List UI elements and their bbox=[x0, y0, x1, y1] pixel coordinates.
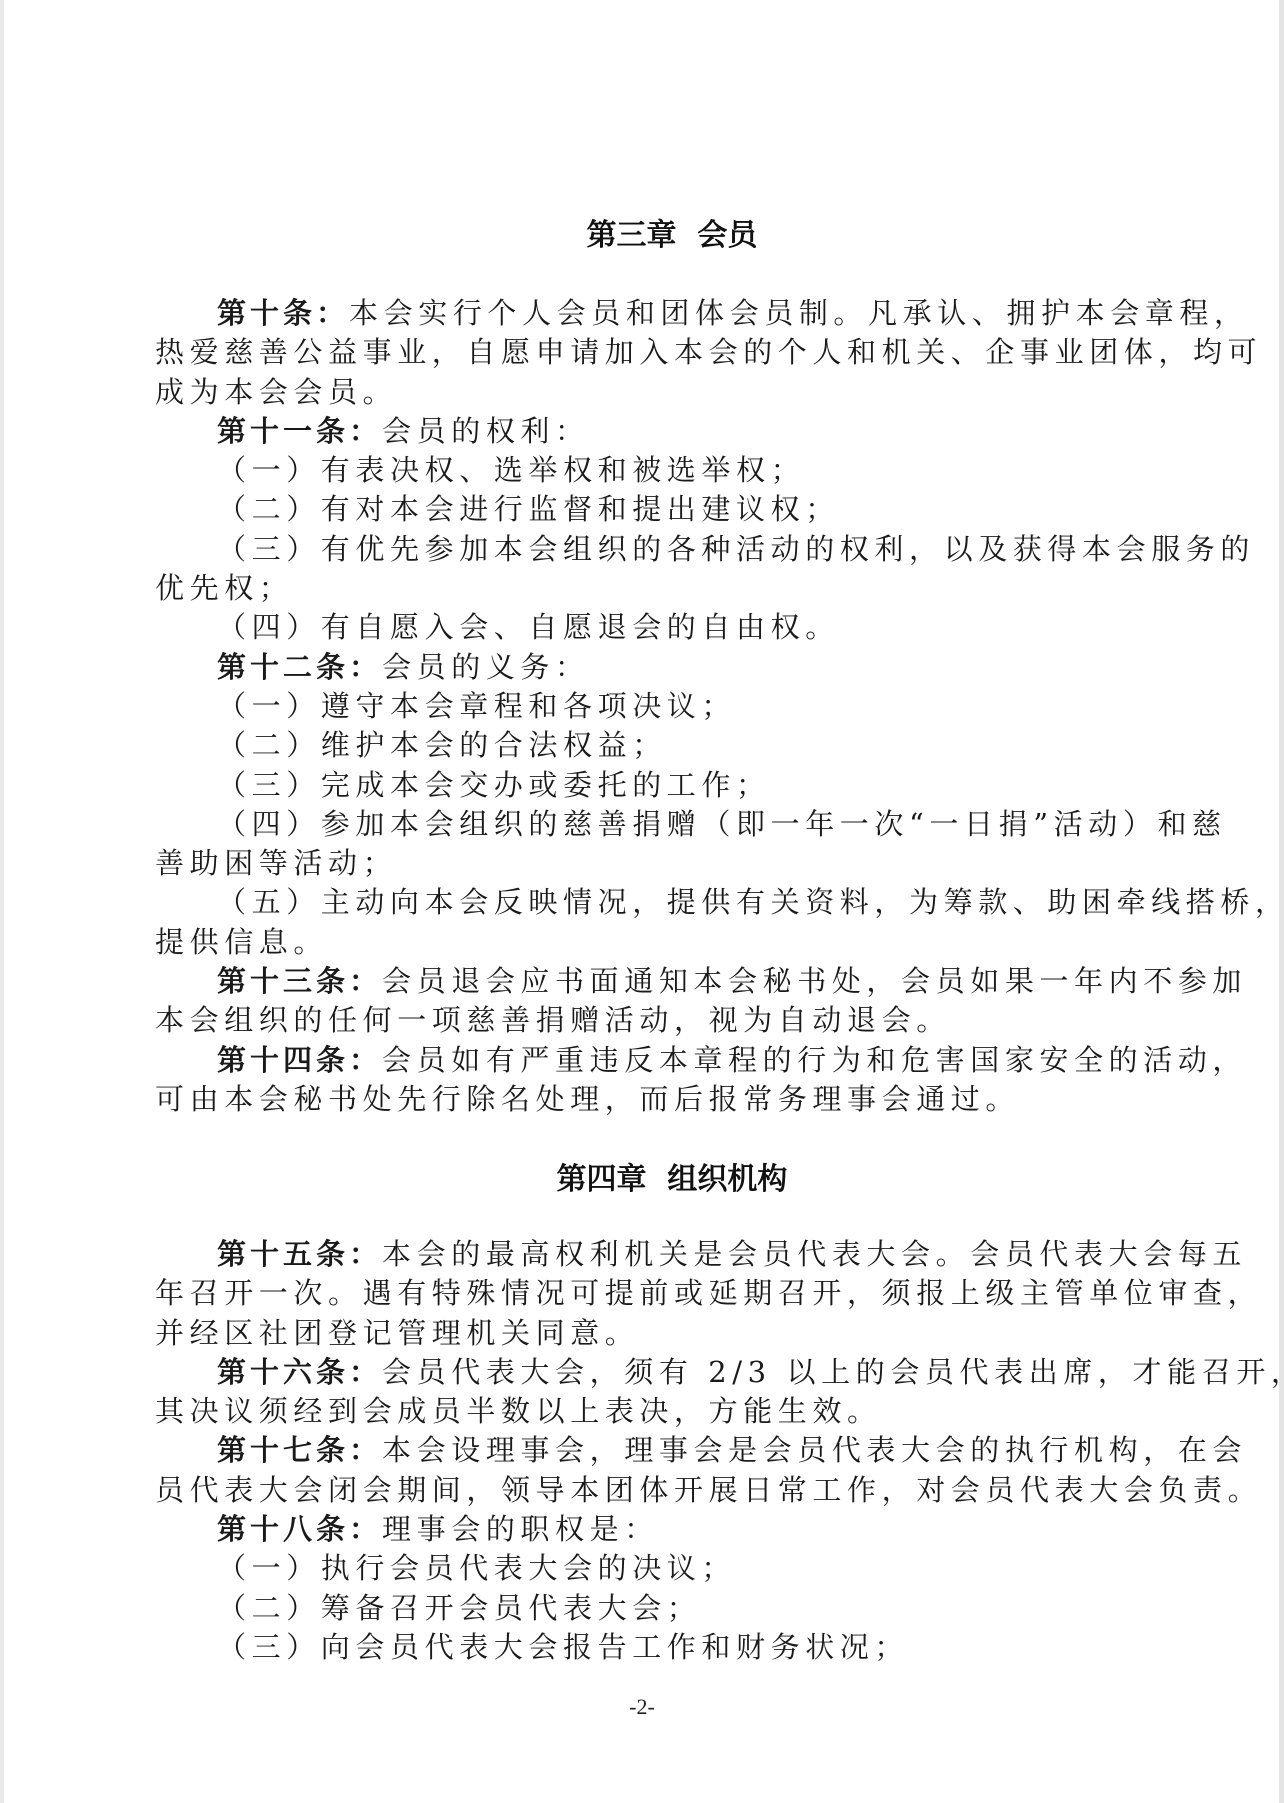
text-line: 员代表大会闭会期间，领导本团体开展日常工作，对会员代表大会负责。 bbox=[155, 1471, 1130, 1510]
article-line: 第十四条：会员如有严重违反本章程的行为和危害国家安全的活动， bbox=[155, 1041, 1130, 1080]
page-left-edge bbox=[0, 0, 4, 1803]
list-item-line: （三）完成本会交办或委托的工作； bbox=[155, 766, 1130, 805]
article-label: 第十七条： bbox=[217, 1433, 382, 1467]
article-text: 员代表大会闭会期间，领导本团体开展日常工作，对会员代表大会负责。 bbox=[155, 1473, 1262, 1507]
article-text: 会员的义务： bbox=[382, 650, 590, 684]
article-line: 第十条：本会实行个人会员和团体会员制。凡承认、拥护本会章程， bbox=[155, 294, 1130, 333]
article-text: （三）有优先参加本会组织的各种活动的权利，以及获得本会服务的 bbox=[217, 532, 1255, 566]
article-text: （二）维护本会的合法权益； bbox=[217, 728, 667, 762]
text-line: 其决议须经到会成员半数以上表决，方能生效。 bbox=[155, 1392, 1130, 1431]
article-text: 会员的权利： bbox=[382, 414, 590, 448]
article-line: 第十一条：会员的权利： bbox=[155, 412, 1130, 451]
article-label: 第十六条： bbox=[217, 1355, 382, 1389]
article-label: 第十五条： bbox=[217, 1237, 382, 1271]
article-text: 提供信息。 bbox=[155, 925, 328, 959]
chapter-3-title: 第三章 会员 bbox=[0, 216, 1284, 256]
text-line: 年召开一次。遇有特殊情况可提前或延期召开，须报上级主管单位审查， bbox=[155, 1274, 1130, 1313]
list-item-line: （四）有自愿入会、自愿退会的自由权。 bbox=[155, 608, 1130, 647]
list-item-line: （三）向会员代表大会报告工作和财务状况； bbox=[155, 1628, 1130, 1667]
text-line: 本会组织的任何一项慈善捐赠活动，视为自动退会。 bbox=[155, 1001, 1130, 1040]
article-label: 第十二条： bbox=[217, 650, 382, 684]
article-text: （四）有自愿入会、自愿退会的自由权。 bbox=[217, 610, 840, 644]
article-text: 本会组织的任何一项慈善捐赠活动，视为自动退会。 bbox=[155, 1003, 951, 1037]
article-text: 并经区社团登记管理机关同意。 bbox=[155, 1316, 639, 1350]
list-item-line: （一）遵守本会章程和各项决议； bbox=[155, 687, 1130, 726]
article-line: 第十二条：会员的义务： bbox=[155, 648, 1130, 687]
chapter-4-body: 第十五条：本会的最高权利机关是会员代表大会。会员代表大会每五年召开一次。遇有特殊… bbox=[155, 1235, 1130, 1667]
article-text: 会员如有严重违反本章程的行为和危害国家安全的活动， bbox=[382, 1043, 1247, 1077]
article-label: 第十条： bbox=[217, 296, 349, 330]
article-text: 本会的最高权利机关是会员代表大会。会员代表大会每五 bbox=[382, 1237, 1247, 1271]
article-line: 第十六条：会员代表大会，须有 2/3 以上的会员代表出席，才能召开， bbox=[155, 1353, 1130, 1392]
article-line: 第十七条：本会设理事会，理事会是会员代表大会的执行机构，在会 bbox=[155, 1431, 1130, 1470]
article-line: 第十三条：会员退会应书面通知本会秘书处，会员如果一年内不参加 bbox=[155, 962, 1130, 1001]
article-text: 会员退会应书面通知本会秘书处，会员如果一年内不参加 bbox=[382, 964, 1247, 998]
article-text: 可由本会秘书处先行除名处理，而后报常务理事会通过。 bbox=[155, 1082, 1020, 1116]
article-text: 热爱慈善公益事业，自愿申请加入本会的个人和机关、企事业团体，均可 bbox=[155, 335, 1262, 369]
text-line: 善助困等活动； bbox=[155, 844, 1130, 883]
article-text: （三）完成本会交办或委托的工作； bbox=[217, 768, 771, 802]
chapter-3-body: 第十条：本会实行个人会员和团体会员制。凡承认、拥护本会章程，热爱慈善公益事业，自… bbox=[155, 294, 1130, 1119]
article-text: 年召开一次。遇有特殊情况可提前或延期召开，须报上级主管单位审查， bbox=[155, 1276, 1262, 1310]
article-text: （三）向会员代表大会报告工作和财务状况； bbox=[217, 1630, 909, 1664]
article-text: （一）遵守本会章程和各项决议； bbox=[217, 689, 736, 723]
article-text: 理事会的职权是： bbox=[382, 1512, 659, 1546]
text-line: 可由本会秘书处先行除名处理，而后报常务理事会通过。 bbox=[155, 1080, 1130, 1119]
text-line: 提供信息。 bbox=[155, 923, 1130, 962]
article-label: 第十三条： bbox=[217, 964, 382, 998]
page-number: -2- bbox=[0, 1694, 1284, 1720]
list-item-line: （一）执行会员代表大会的决议； bbox=[155, 1549, 1130, 1588]
article-text: 优先权； bbox=[155, 571, 293, 605]
article-label: 第十一条： bbox=[217, 414, 382, 448]
text-line: 优先权； bbox=[155, 569, 1130, 608]
list-item-line: （二）筹备召开会员代表大会； bbox=[155, 1589, 1130, 1628]
article-text: 其决议须经到会成员半数以上表决，方能生效。 bbox=[155, 1394, 882, 1428]
list-item-line: （二）有对本会进行监督和提出建议权； bbox=[155, 490, 1130, 529]
article-text: （五）主动向本会反映情况，提供有关资料，为筹款、助困牵线搭桥， bbox=[217, 885, 1284, 919]
article-text: （一）有表决权、选举权和被选举权； bbox=[217, 453, 805, 487]
article-text: （四）参加本会组织的慈善捐赠（即一年一次“一日捐”活动）和慈 bbox=[217, 807, 1227, 841]
chapter-4-title: 第四章 组织机构 bbox=[0, 1160, 1284, 1200]
list-item-line: （五）主动向本会反映情况，提供有关资料，为筹款、助困牵线搭桥， bbox=[155, 883, 1130, 922]
article-text: （二）有对本会进行监督和提出建议权； bbox=[217, 492, 840, 526]
article-text: 本会设理事会，理事会是会员代表大会的执行机构，在会 bbox=[382, 1433, 1247, 1467]
article-text: 成为本会会员。 bbox=[155, 375, 397, 409]
list-item-line: （三）有优先参加本会组织的各种活动的权利，以及获得本会服务的 bbox=[155, 530, 1130, 569]
text-line: 成为本会会员。 bbox=[155, 373, 1130, 412]
list-item-line: （一）有表决权、选举权和被选举权； bbox=[155, 451, 1130, 490]
article-line: 第十五条：本会的最高权利机关是会员代表大会。会员代表大会每五 bbox=[155, 1235, 1130, 1274]
article-text: 本会实行个人会员和团体会员制。凡承认、拥护本会章程， bbox=[349, 296, 1249, 330]
article-text: 善助困等活动； bbox=[155, 846, 397, 880]
article-line: 第十八条：理事会的职权是： bbox=[155, 1510, 1130, 1549]
text-line: 热爱慈善公益事业，自愿申请加入本会的个人和机关、企事业团体，均可 bbox=[155, 333, 1130, 372]
list-item-line: （二）维护本会的合法权益； bbox=[155, 726, 1130, 765]
article-label: 第十四条： bbox=[217, 1043, 382, 1077]
article-text: （二）筹备召开会员代表大会； bbox=[217, 1591, 701, 1625]
list-item-line: （四）参加本会组织的慈善捐赠（即一年一次“一日捐”活动）和慈 bbox=[155, 805, 1130, 844]
article-text: （一）执行会员代表大会的决议； bbox=[217, 1551, 736, 1585]
text-line: 并经区社团登记管理机关同意。 bbox=[155, 1314, 1130, 1353]
article-label: 第十八条： bbox=[217, 1512, 382, 1546]
article-text: 会员代表大会，须有 2/3 以上的会员代表出席，才能召开， bbox=[382, 1355, 1284, 1389]
